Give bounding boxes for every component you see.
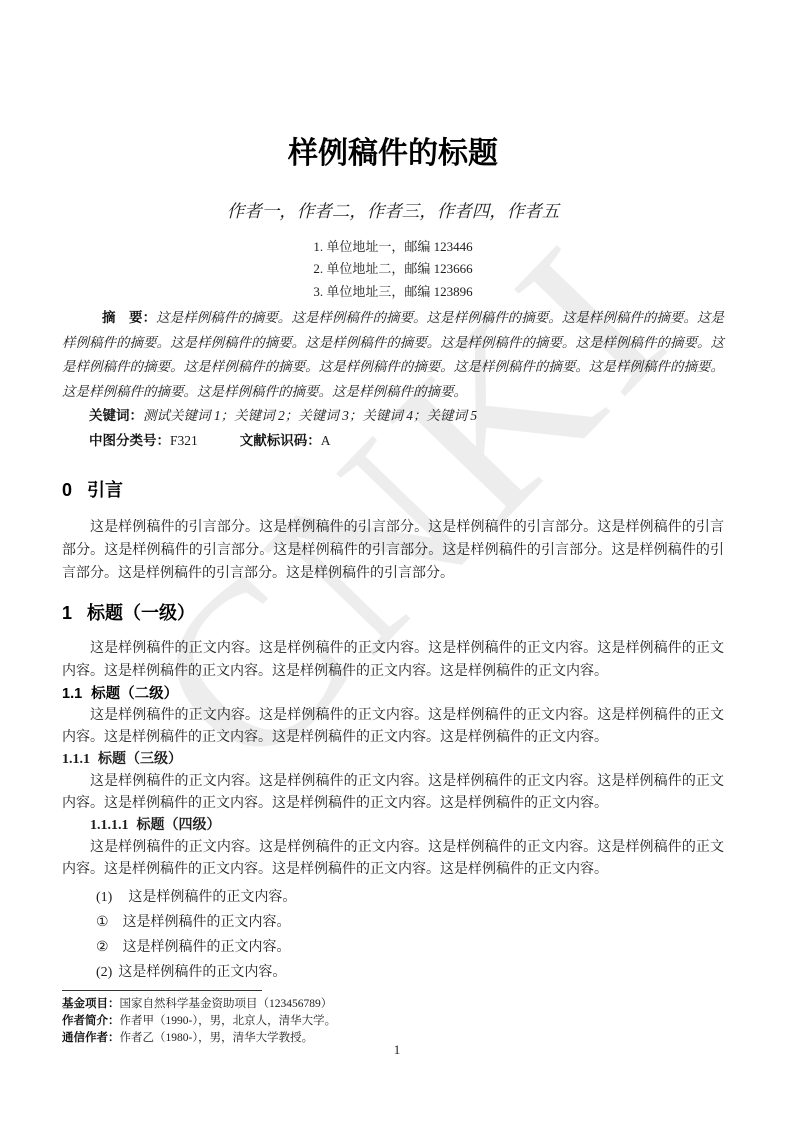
- footnote-block: 基金项目：国家自然科学基金资助项目（123456789） 作者简介：作者甲（19…: [62, 990, 724, 1048]
- body-block: 0引言 这是样例稿件的引言部分。这是样例稿件的引言部分。这是样例稿件的引言部分。…: [62, 478, 724, 985]
- body-paragraph: 这是样例稿件的正文内容。这是样例稿件的正文内容。这是样例稿件的正文内容。这是样例…: [62, 771, 724, 815]
- body-paragraph: 这是样例稿件的正文内容。这是样例稿件的正文内容。这是样例稿件的正文内容。这是样例…: [62, 637, 724, 683]
- list-item: ②这是样例稿件的正文内容。: [62, 935, 724, 960]
- clc-value: F321: [170, 433, 198, 448]
- section-heading-level3: 1.1.1标题（三级）: [62, 749, 724, 771]
- list-item: (2)这是样例稿件的正文内容。: [62, 960, 724, 985]
- list-item: ①这是样例稿件的正文内容。: [62, 910, 724, 935]
- list-marker: (2): [96, 960, 112, 985]
- heading-number: 1.1: [62, 686, 82, 702]
- affiliation-line: 2. 单位地址二，邮编 123666: [62, 258, 724, 280]
- heading-title: 标题（四级）: [137, 818, 221, 833]
- footnote-rule: [62, 990, 262, 991]
- keywords-label: 关键词：: [89, 408, 143, 423]
- affiliations-block: 1. 单位地址一，邮编 123446 2. 单位地址二，邮编 123666 3.…: [62, 236, 724, 303]
- doc-title: 样例稿件的标题: [62, 134, 724, 174]
- header-block: 样例稿件的标题 作者一，作者二，作者三，作者四，作者五 1. 单位地址一，邮编 …: [62, 134, 724, 303]
- heading-number: 1.1.1: [62, 752, 90, 767]
- authors-line: 作者一，作者二，作者三，作者四，作者五: [62, 198, 724, 224]
- manuscript-page: CNKI 样例稿件的标题 作者一，作者二，作者三，作者四，作者五 1. 单位地址…: [0, 0, 794, 1123]
- section-heading-intro: 0引言: [62, 478, 724, 502]
- heading-number: 1.1.1.1: [90, 818, 129, 833]
- page-number: 1: [0, 1042, 794, 1058]
- list-text: 这是样例稿件的正文内容。: [123, 940, 291, 955]
- author-bio-line: 作者简介：作者甲（1990-），男，北京人，清华大学。: [62, 1013, 724, 1030]
- meta-block: 摘 要：这是样例稿件的摘要。这是样例稿件的摘要。这是样例稿件的摘要。这是样例稿件…: [62, 306, 724, 453]
- heading-title: 标题（二级）: [91, 686, 178, 702]
- heading-title: 标题（三级）: [98, 752, 182, 767]
- affiliation-line: 3. 单位地址三，邮编 123896: [62, 281, 724, 303]
- section-heading-level4: 1.1.1.1标题（四级）: [62, 815, 724, 837]
- keywords-line: 关键词：测试关键词 1；关键词 2；关键词 3；关键词 4；关键词 5: [62, 404, 724, 429]
- body-paragraph: 这是样例稿件的正文内容。这是样例稿件的正文内容。这是样例稿件的正文内容。这是样例…: [62, 705, 724, 749]
- heading-number: 0: [62, 480, 72, 500]
- list-marker: (1): [96, 885, 112, 910]
- intro-paragraph: 这是样例稿件的引言部分。这是样例稿件的引言部分。这是样例稿件的引言部分。这是样例…: [62, 516, 724, 585]
- fund-line: 基金项目：国家自然科学基金资助项目（123456789）: [62, 996, 724, 1013]
- list-text: 这是样例稿件的正文内容。: [128, 890, 296, 905]
- heading-title: 标题（一级）: [87, 603, 195, 623]
- list-text: 这是样例稿件的正文内容。: [118, 965, 286, 980]
- heading-number: 1: [62, 603, 72, 623]
- heading-title: 引言: [87, 480, 123, 500]
- author-bio-label: 作者简介：: [62, 1015, 120, 1027]
- list-marker: ②: [96, 935, 109, 960]
- section-heading-level1: 1标题（一级）: [62, 601, 724, 625]
- fund-label: 基金项目：: [62, 998, 120, 1010]
- list-item: (1)这是样例稿件的正文内容。: [62, 885, 724, 910]
- abstract-label: 摘 要：: [102, 310, 156, 325]
- clc-label: 中图分类号：: [89, 433, 170, 448]
- numbered-list: (1)这是样例稿件的正文内容。 ①这是样例稿件的正文内容。 ②这是样例稿件的正文…: [62, 885, 724, 985]
- author-bio-text: 作者甲（1990-），男，北京人，清华大学。: [120, 1015, 337, 1027]
- fund-text: 国家自然科学基金资助项目（123456789）: [120, 998, 333, 1010]
- doc-code-value: A: [321, 433, 331, 448]
- abstract-paragraph: 摘 要：这是样例稿件的摘要。这是样例稿件的摘要。这是样例稿件的摘要。这是样例稿件…: [62, 306, 724, 404]
- section-heading-level2: 1.1标题（二级）: [62, 683, 724, 705]
- abstract-text: 这是样例稿件的摘要。这是样例稿件的摘要。这是样例稿件的摘要。这是样例稿件的摘要。…: [62, 310, 724, 399]
- keywords-text: 测试关键词 1；关键词 2；关键词 3；关键词 4；关键词 5: [143, 408, 477, 423]
- affiliation-line: 1. 单位地址一，邮编 123446: [62, 236, 724, 258]
- body-paragraph: 这是样例稿件的正文内容。这是样例稿件的正文内容。这是样例稿件的正文内容。这是样例…: [62, 837, 724, 881]
- doc-code-label: 文献标识码：: [240, 433, 321, 448]
- clc-line: 中图分类号：F321文献标识码：A: [62, 429, 724, 454]
- list-marker: ①: [96, 910, 109, 935]
- list-text: 这是样例稿件的正文内容。: [123, 915, 291, 930]
